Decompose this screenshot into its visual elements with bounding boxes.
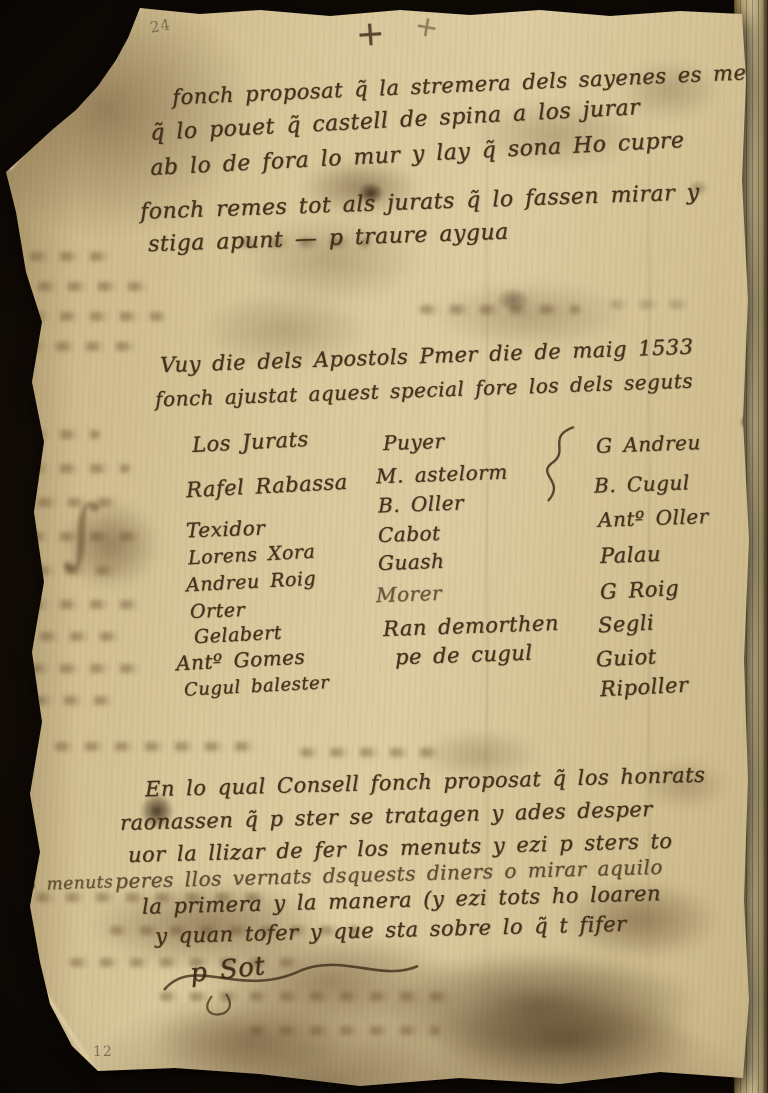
col1-name-8: Cugul balester xyxy=(184,672,330,701)
col3-name-5: G Roig xyxy=(599,576,679,604)
col3-name-4: Palau xyxy=(600,542,662,568)
bleedthrough-line xyxy=(26,342,141,351)
col2-name-6: Morer xyxy=(376,581,443,607)
torn-edge-highlight-bottom-left xyxy=(41,988,99,1074)
stain xyxy=(430,995,700,1085)
cross-mark-faint: + xyxy=(412,8,441,45)
p3-line-2: raonassen q̃ p ster se tratagen y ades d… xyxy=(120,797,653,835)
col1-name-7: Antº Gomes xyxy=(175,645,305,676)
paper-shadow-wrap: ∫ + + 24 12 fonch proposat q̃ la stremer… xyxy=(0,0,768,1093)
col1-name-6: Gelabert xyxy=(193,622,282,649)
cross-mark: + xyxy=(355,13,387,55)
torn-edge-highlight-top-left xyxy=(8,3,145,170)
bleedthrough-line xyxy=(0,312,165,321)
bleedthrough-line xyxy=(420,305,580,314)
col3-name-6: Segli xyxy=(597,611,654,638)
col3-name-8: Ripoller xyxy=(599,673,689,702)
col3-name-1: G Andreu xyxy=(596,430,702,458)
col2-name-2: M. astelorm xyxy=(376,460,508,489)
col1-header: Los Jurats xyxy=(191,427,309,457)
brace-flourish xyxy=(534,423,584,508)
wormhole xyxy=(740,415,752,429)
photograph-background: ∫ + + 24 12 fonch proposat q̃ la stremer… xyxy=(0,0,768,1093)
bleedthrough-line xyxy=(10,632,120,641)
bleedthrough-line xyxy=(8,282,158,291)
col3-name-3: Antº Oller xyxy=(598,504,709,532)
col1-name-5: Orter xyxy=(190,599,246,623)
manuscript-page: ∫ + + 24 12 fonch proposat q̃ la stremer… xyxy=(0,0,768,1093)
bleedthrough-line xyxy=(4,696,124,705)
bleedthrough-line xyxy=(0,252,120,261)
bleedthrough-mark: ∫ xyxy=(62,490,101,576)
col2-name-5: Guash xyxy=(378,549,445,575)
bleedthrough-line xyxy=(610,300,690,309)
col2-name-7: Ran demorthen xyxy=(383,611,560,641)
bleedthrough-line xyxy=(0,600,150,609)
col2-name-1: Puyer xyxy=(383,429,445,455)
bleedthrough-line xyxy=(300,748,450,757)
col2-name-4: Cabot xyxy=(378,521,441,547)
col3-name-7: Guiot xyxy=(595,644,657,671)
folio-number-top: 24 xyxy=(149,15,173,36)
bleedthrough-line xyxy=(0,430,100,439)
folio-number-bottom: 12 xyxy=(93,1044,113,1060)
col1-name-3: Lorens Xora xyxy=(188,541,316,570)
bleedthrough-line xyxy=(55,742,265,751)
col2-name-8: pe de cugul xyxy=(395,641,533,670)
signature-flourish xyxy=(150,938,430,1023)
col3-name-2: B. Cugul xyxy=(594,470,690,497)
col1-name-1: Rafel Rabassa xyxy=(185,470,348,502)
p3-line-1: En lo qual Consell fonch proposat q̃ los… xyxy=(145,763,706,802)
col2-name-3: B. Oller xyxy=(378,491,465,518)
date-line-2: fonch ajustat aquest special fore los de… xyxy=(155,369,694,412)
bleedthrough-line xyxy=(250,1026,440,1035)
col1-name-2: Texidor xyxy=(186,516,266,543)
col1-name-4: Andreu Roig xyxy=(186,568,317,597)
margin-note: 15 menuts xyxy=(14,872,114,895)
bleedthrough-line xyxy=(0,664,140,673)
bleedthrough-line xyxy=(0,464,130,473)
